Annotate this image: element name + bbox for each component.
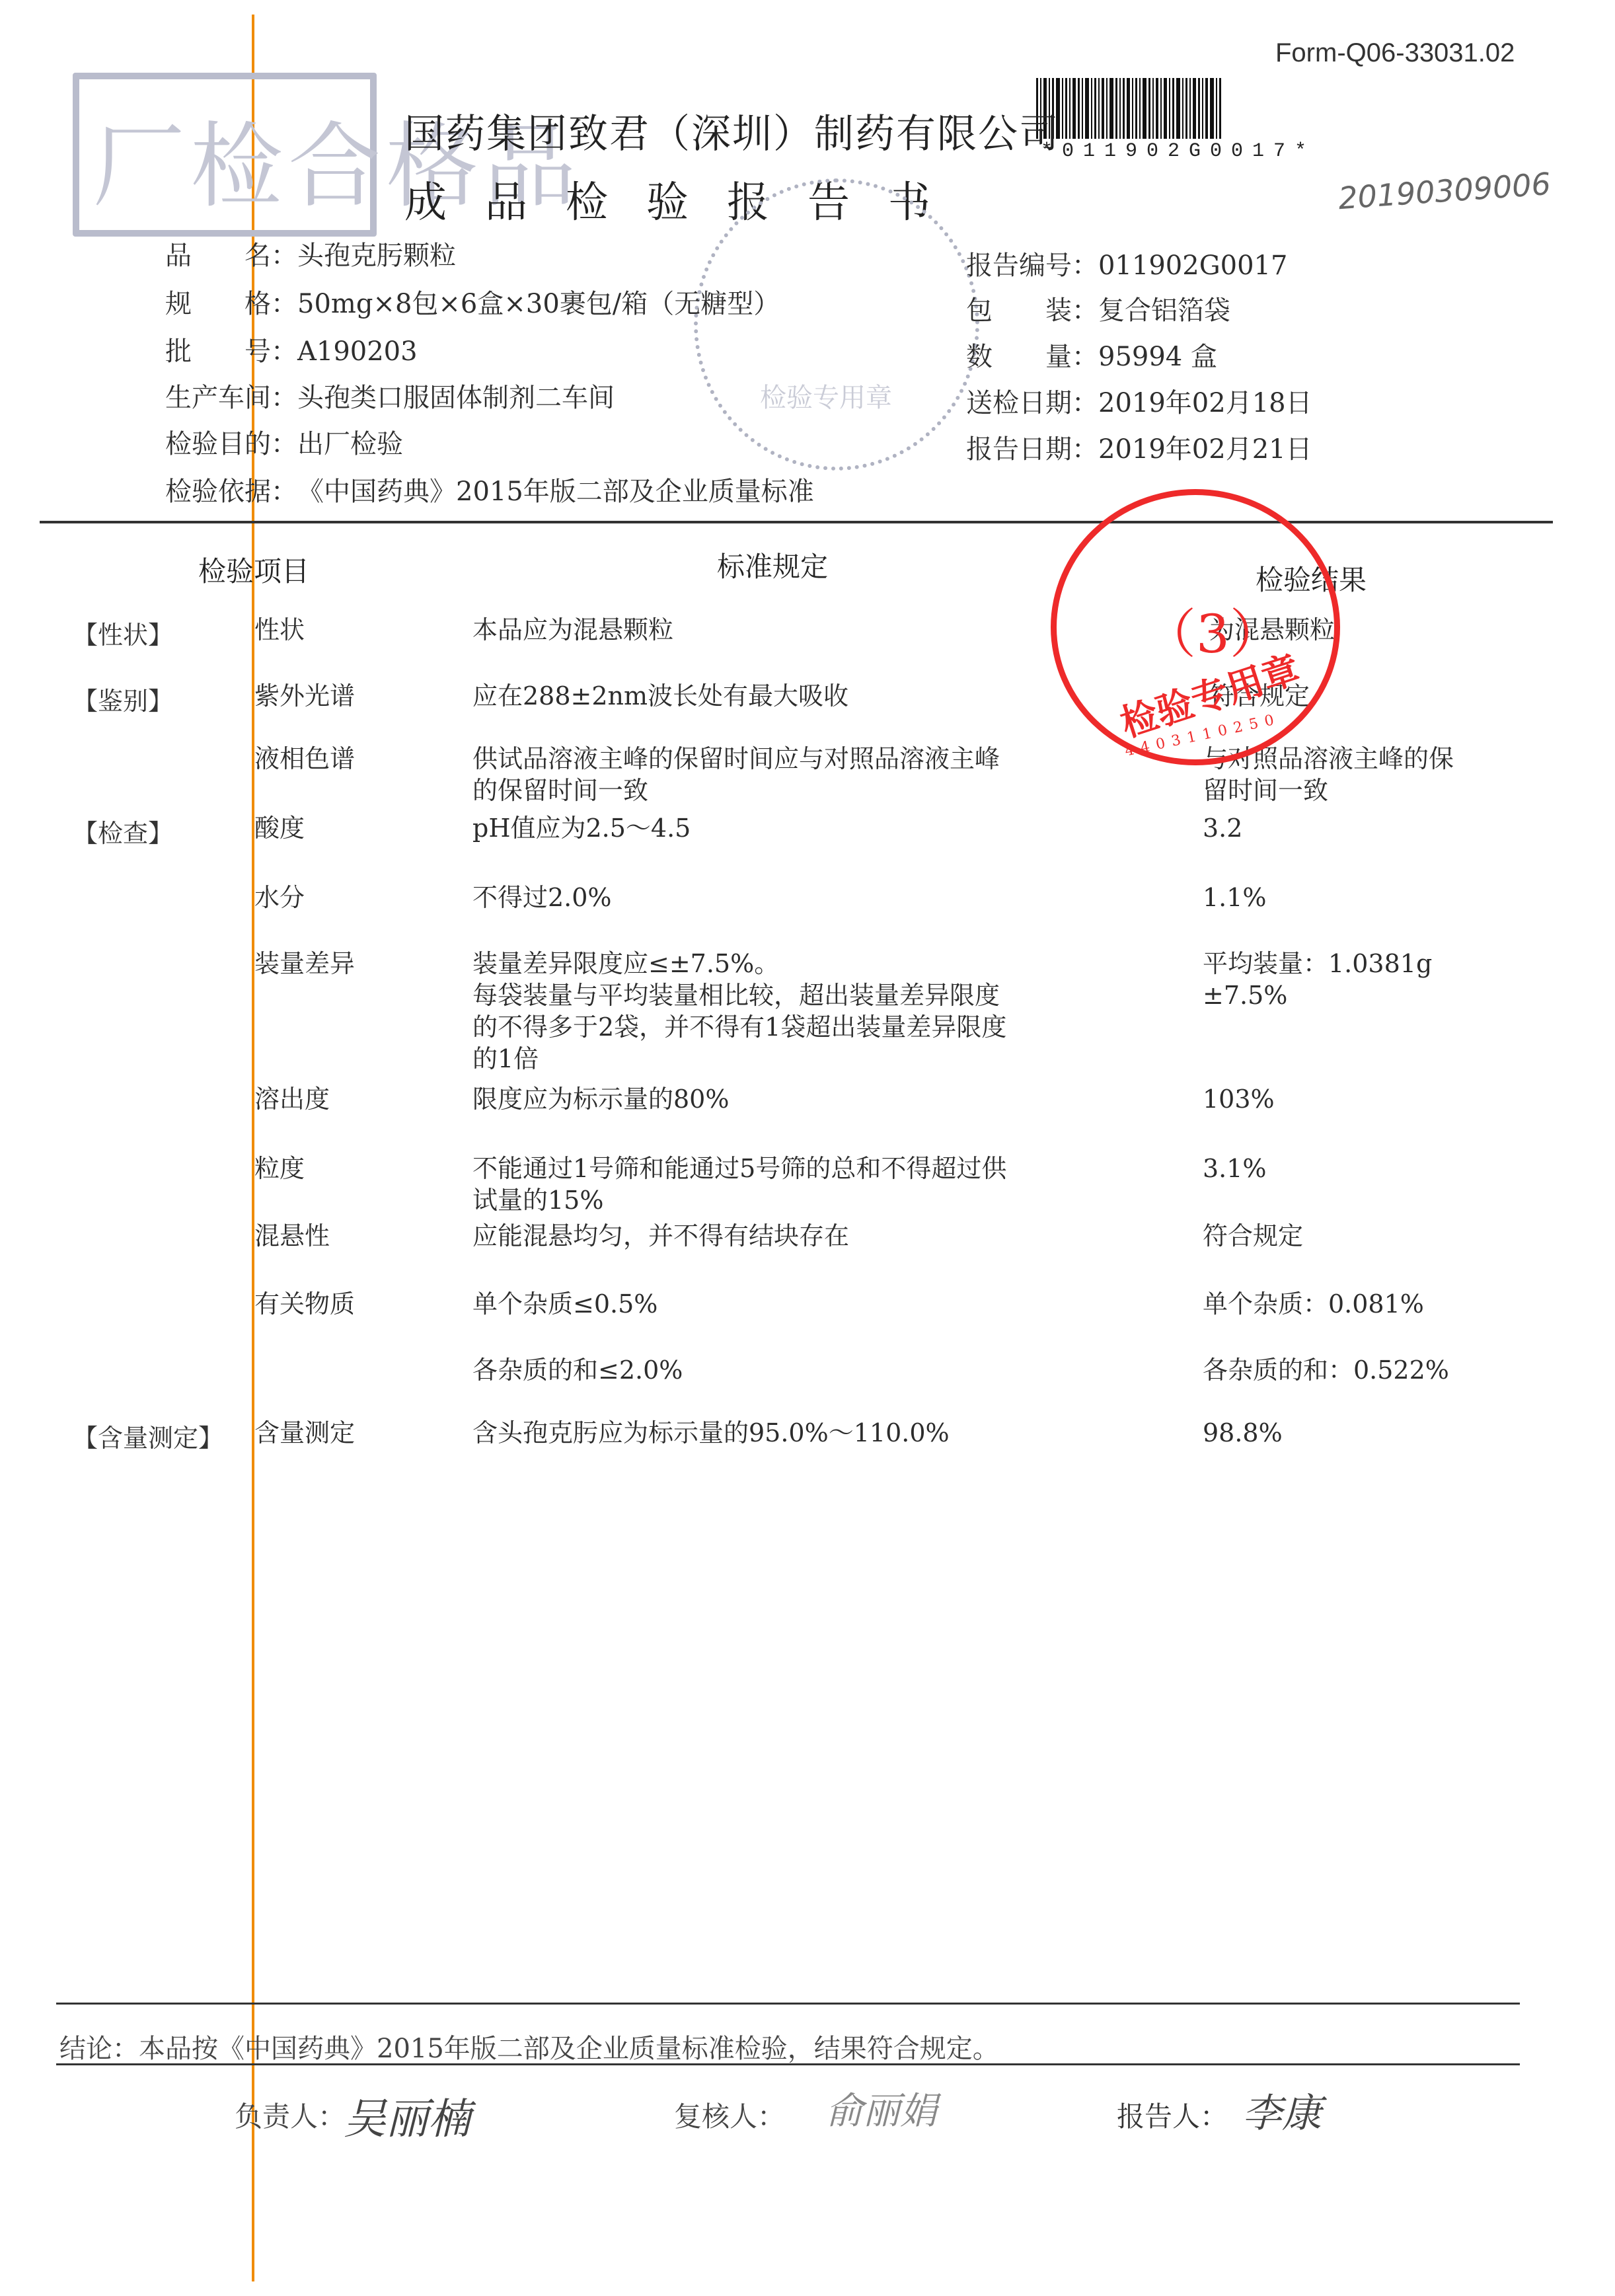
row-standard: pH值应为2.5～4.5 bbox=[472, 813, 691, 843]
info-basis: 检验依据：《中国药典》2015年版二部及企业质量标准 bbox=[165, 471, 814, 508]
row-item: 粒度 bbox=[254, 1153, 305, 1184]
info-batch-no: 批 号：A190203 bbox=[165, 330, 418, 368]
row-standard: 本品应为混悬颗粒 bbox=[472, 615, 673, 645]
row-standard: 每袋装量与平均装量相比较，超出装量差异限度 bbox=[472, 980, 1000, 1011]
info-product-name: 品 名：头孢克肟颗粒 bbox=[165, 235, 456, 272]
row-result: ±7.5% bbox=[1203, 980, 1287, 1011]
barcode-text: *011902G0017* bbox=[1041, 140, 1316, 163]
row-item: 有关物质 bbox=[254, 1289, 355, 1319]
row-standard: 的保留时间一致 bbox=[472, 775, 648, 806]
row-standard: 各杂质的和≤2.0% bbox=[472, 1355, 683, 1385]
reviewer-signature: 俞丽娟 bbox=[826, 2082, 937, 2135]
conclusion-bottom-rule bbox=[56, 2063, 1520, 2065]
reporter-signature: 李康 bbox=[1242, 2082, 1322, 2139]
grey-inspection-stamp-text: 检验专用章 bbox=[760, 377, 892, 414]
column-header-item: 检验项目 bbox=[198, 550, 309, 590]
row-standard: 应在288±2nm波长处有最大吸收 bbox=[472, 681, 848, 711]
row-standard: 单个杂质≤0.5% bbox=[472, 1289, 657, 1319]
company-name: 国药集团致君（深圳）制药有限公司 bbox=[404, 102, 1060, 159]
row-category: 【检查】 bbox=[73, 813, 173, 849]
row-item: 紫外光谱 bbox=[254, 681, 355, 711]
row-item: 装量差异 bbox=[254, 948, 355, 979]
responsible-signature: 吴丽楠 bbox=[344, 2085, 470, 2146]
row-category: 【性状】 bbox=[73, 615, 173, 651]
row-item: 溶出度 bbox=[254, 1084, 330, 1114]
row-result: 103% bbox=[1203, 1084, 1275, 1114]
row-category: 【含量测定】 bbox=[73, 1418, 223, 1454]
row-result: 1.1% bbox=[1203, 882, 1267, 913]
row-item: 液相色谱 bbox=[254, 744, 355, 774]
conclusion-top-rule bbox=[56, 2003, 1520, 2005]
row-item: 混悬性 bbox=[254, 1221, 330, 1251]
info-specification: 规 格：50mg×8包×6盒×30裹包/箱（无糖型） bbox=[165, 283, 780, 321]
row-result: 各杂质的和：0.522% bbox=[1203, 1355, 1449, 1385]
row-category: 【鉴别】 bbox=[73, 681, 173, 717]
row-result: 98.8% bbox=[1203, 1418, 1283, 1448]
info-submit-date: 送检日期：2019年02月18日 bbox=[966, 382, 1312, 420]
grey-inspection-stamp bbox=[694, 178, 979, 471]
row-standard: 供试品溶液主峰的保留时间应与对照品溶液主峰 bbox=[472, 744, 1000, 774]
info-workshop: 生产车间：头孢类口服固体制剂二车间 bbox=[165, 377, 615, 414]
reporter-label: 报告人： bbox=[1117, 2095, 1228, 2135]
conclusion-text: 结论：本品按《中国药典》2015年版二部及企业质量标准检验，结果符合规定。 bbox=[59, 2028, 999, 2065]
row-result: 留时间一致 bbox=[1203, 775, 1328, 806]
barcode bbox=[1036, 78, 1241, 139]
row-standard: 含头孢克肟应为标示量的95.0%～110.0% bbox=[472, 1418, 950, 1448]
form-number: Form-Q06-33031.02 bbox=[1275, 38, 1515, 68]
info-purpose: 检验目的：出厂检验 bbox=[165, 423, 403, 461]
row-standard: 的不得多于2袋，并不得有1袋超出装量差异限度 bbox=[472, 1012, 1006, 1042]
row-standard: 装量差异限度应≤±7.5%。 bbox=[472, 948, 779, 979]
info-packaging: 包 装：复合铝箔袋 bbox=[966, 289, 1230, 327]
row-result: 平均装量：1.0381g bbox=[1203, 948, 1432, 979]
responsible-label: 负责人： bbox=[235, 2095, 346, 2135]
row-item: 性状 bbox=[254, 615, 305, 645]
row-standard: 限度应为标示量的80% bbox=[472, 1084, 729, 1114]
row-result: 3.1% bbox=[1203, 1153, 1267, 1184]
column-header-standard: 标准规定 bbox=[717, 545, 828, 585]
row-standard: 不能通过1号筛和能通过5号筛的总和不得超过供 bbox=[472, 1153, 1006, 1184]
header-divider bbox=[40, 521, 1553, 523]
info-report-no: 报告编号：011902G0017 bbox=[966, 245, 1287, 282]
row-item: 水分 bbox=[254, 882, 305, 913]
row-item: 含量测定 bbox=[254, 1418, 355, 1448]
info-report-date: 报告日期：2019年02月21日 bbox=[966, 428, 1312, 466]
row-result: 单个杂质：0.081% bbox=[1203, 1289, 1424, 1319]
row-standard: 不得过2.0% bbox=[472, 882, 612, 913]
row-result: 符合规定 bbox=[1203, 1221, 1303, 1251]
handwritten-number: 20190309006 bbox=[1337, 166, 1552, 216]
info-quantity: 数 量：95994 盒 bbox=[966, 336, 1217, 373]
row-item: 酸度 bbox=[254, 813, 305, 843]
row-standard: 试量的15% bbox=[472, 1185, 603, 1215]
row-standard: 应能混悬均匀，并不得有结块存在 bbox=[472, 1221, 849, 1251]
row-standard: 的1倍 bbox=[472, 1044, 539, 1074]
reviewer-label: 复核人： bbox=[674, 2095, 785, 2135]
row-result: 3.2 bbox=[1203, 813, 1242, 843]
